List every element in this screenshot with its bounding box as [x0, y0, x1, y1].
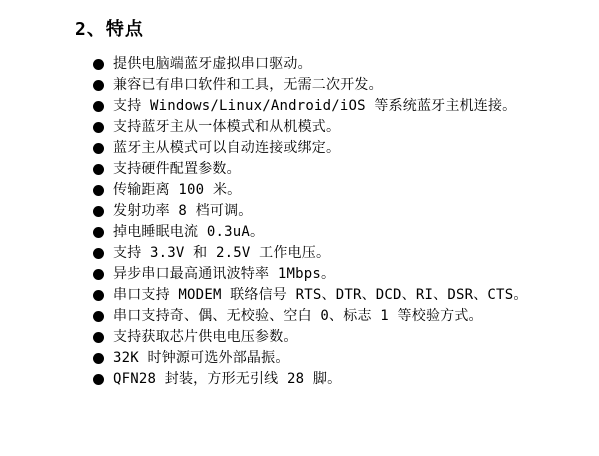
feature-text: 32K 时钟源可选外部晶振。: [113, 348, 290, 369]
feature-text: 提供电脑端蓝牙虚拟串口驱动。: [113, 54, 312, 75]
feature-item: 蓝牙主从模式可以自动连接或绑定。: [93, 138, 528, 159]
feature-text: 支持蓝牙主从一体模式和从机模式。: [113, 117, 340, 138]
bullet-icon: [93, 101, 104, 112]
bullet-icon: [93, 353, 104, 364]
bullet-icon: [93, 374, 104, 385]
feature-list: 提供电脑端蓝牙虚拟串口驱动。 兼容已有串口软件和工具，无需二次开发。 支持 Wi…: [93, 54, 528, 390]
feature-item: 兼容已有串口软件和工具，无需二次开发。: [93, 75, 528, 96]
bullet-icon: [93, 332, 104, 343]
feature-item: 传输距离 100 米。: [93, 180, 528, 201]
bullet-icon: [93, 185, 104, 196]
section-heading: 2、特点: [75, 19, 144, 41]
feature-item: 支持获取芯片供电电压参数。: [93, 327, 528, 348]
feature-text: 支持硬件配置参数。: [113, 159, 241, 180]
feature-item: QFN28 封装，方形无引线 28 脚。: [93, 369, 528, 390]
feature-text: QFN28 封装，方形无引线 28 脚。: [113, 369, 341, 390]
document-page: 2、特点 提供电脑端蓝牙虚拟串口驱动。 兼容已有串口软件和工具，无需二次开发。 …: [0, 0, 599, 456]
feature-text: 传输距离 100 米。: [113, 180, 241, 201]
feature-text: 串口支持奇、偶、无校验、空白 0、标志 1 等校验方式。: [113, 306, 483, 327]
feature-item: 发射功率 8 档可调。: [93, 201, 528, 222]
feature-item: 掉电睡眠电流 0.3uA。: [93, 222, 528, 243]
feature-text: 支持 Windows/Linux/Android/iOS 等系统蓝牙主机连接。: [113, 96, 516, 117]
feature-text: 蓝牙主从模式可以自动连接或绑定。: [113, 138, 340, 159]
feature-item: 串口支持 MODEM 联络信号 RTS、DTR、DCD、RI、DSR、CTS。: [93, 285, 528, 306]
bullet-icon: [93, 311, 104, 322]
feature-item: 串口支持奇、偶、无校验、空白 0、标志 1 等校验方式。: [93, 306, 528, 327]
bullet-icon: [93, 122, 104, 133]
bullet-icon: [93, 269, 104, 280]
bullet-icon: [93, 143, 104, 154]
bullet-icon: [93, 248, 104, 259]
feature-text: 发射功率 8 档可调。: [113, 201, 253, 222]
bullet-icon: [93, 80, 104, 91]
bullet-icon: [93, 59, 104, 70]
bullet-icon: [93, 227, 104, 238]
bullet-icon: [93, 164, 104, 175]
bullet-icon: [93, 206, 104, 217]
feature-text: 串口支持 MODEM 联络信号 RTS、DTR、DCD、RI、DSR、CTS。: [113, 285, 528, 306]
feature-text: 异步串口最高通讯波特率 1Mbps。: [113, 264, 335, 285]
feature-text: 支持 3.3V 和 2.5V 工作电压。: [113, 243, 330, 264]
feature-item: 提供电脑端蓝牙虚拟串口驱动。: [93, 54, 528, 75]
feature-item: 支持蓝牙主从一体模式和从机模式。: [93, 117, 528, 138]
bullet-icon: [93, 290, 104, 301]
feature-text: 掉电睡眠电流 0.3uA。: [113, 222, 264, 243]
feature-item: 支持 3.3V 和 2.5V 工作电压。: [93, 243, 528, 264]
feature-item: 32K 时钟源可选外部晶振。: [93, 348, 528, 369]
feature-item: 支持硬件配置参数。: [93, 159, 528, 180]
feature-item: 支持 Windows/Linux/Android/iOS 等系统蓝牙主机连接。: [93, 96, 528, 117]
feature-text: 兼容已有串口软件和工具，无需二次开发。: [113, 75, 383, 96]
feature-item: 异步串口最高通讯波特率 1Mbps。: [93, 264, 528, 285]
feature-text: 支持获取芯片供电电压参数。: [113, 327, 298, 348]
